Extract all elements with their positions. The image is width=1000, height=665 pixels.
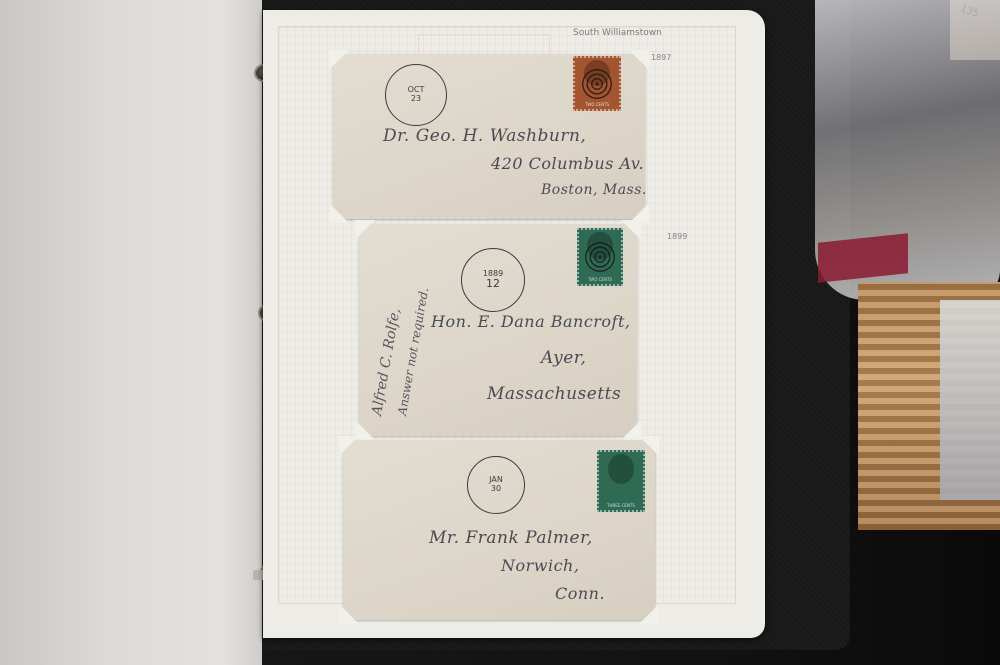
address-line: Mr. Frank Palmer, bbox=[429, 528, 593, 548]
photo-corner bbox=[629, 50, 649, 70]
photo-corner bbox=[355, 220, 375, 240]
stamp-denomination: TWO CENTS bbox=[585, 102, 609, 107]
stamp-denomination: TWO CENTS bbox=[588, 277, 612, 282]
photo-corner bbox=[339, 436, 359, 456]
address-line: Boston, Mass. bbox=[541, 182, 647, 198]
photo-corner bbox=[621, 220, 641, 240]
address-line: 420 Columbus Av. bbox=[491, 154, 644, 173]
target-cancel bbox=[580, 67, 614, 101]
target-cancel bbox=[583, 240, 617, 274]
address-line: Norwich, bbox=[501, 556, 579, 575]
stamp: THREE CENTS bbox=[597, 450, 645, 512]
address-line: Ayer, bbox=[541, 348, 586, 368]
postmark: 1889 12 bbox=[461, 248, 525, 312]
left-page bbox=[0, 0, 262, 665]
postmark: JAN 30 bbox=[467, 456, 525, 514]
stamp-denomination: THREE CENTS bbox=[607, 503, 635, 508]
address-line: Hon. E. Dana Bancroft, bbox=[431, 312, 631, 331]
photo-corner bbox=[329, 203, 349, 223]
address-line: Conn. bbox=[555, 584, 605, 603]
address-line: Massachusetts bbox=[487, 384, 621, 404]
postmark-day: 12 bbox=[486, 278, 500, 290]
stamp: TWO CENTS bbox=[573, 56, 621, 111]
photo-corner bbox=[639, 604, 659, 624]
stamp: TWO CENTS bbox=[577, 228, 623, 286]
postmark: OCT 23 bbox=[385, 64, 447, 126]
cover-1[interactable]: OCT 23 TWO CENTS Dr. Geo. H. Washburn, 4… bbox=[333, 54, 645, 219]
sender-note: Answer not required. bbox=[395, 286, 431, 416]
stamp-portrait bbox=[608, 454, 634, 484]
photo-corner bbox=[621, 420, 641, 440]
postmark-day: 30 bbox=[491, 485, 501, 494]
cover-3[interactable]: JAN 30 THREE CENTS Mr. Frank Palmer, Nor… bbox=[343, 440, 655, 620]
album-page: South Williamstown 1897 1899 OCT 23 TWO … bbox=[263, 10, 765, 638]
photo-corner bbox=[339, 604, 359, 624]
cover-2[interactable]: 1889 12 TWO CENTS Alfred C. Rolfe, Answe… bbox=[359, 224, 637, 436]
photo-corner bbox=[329, 50, 349, 70]
page-header: South Williamstown bbox=[573, 28, 662, 38]
year-label: 1897 bbox=[651, 53, 671, 62]
postmark-day: 23 bbox=[411, 95, 421, 104]
stacked-cards bbox=[940, 300, 1000, 500]
address-line: Dr. Geo. H. Washburn, bbox=[383, 126, 586, 146]
year-label: 1899 bbox=[667, 232, 687, 241]
